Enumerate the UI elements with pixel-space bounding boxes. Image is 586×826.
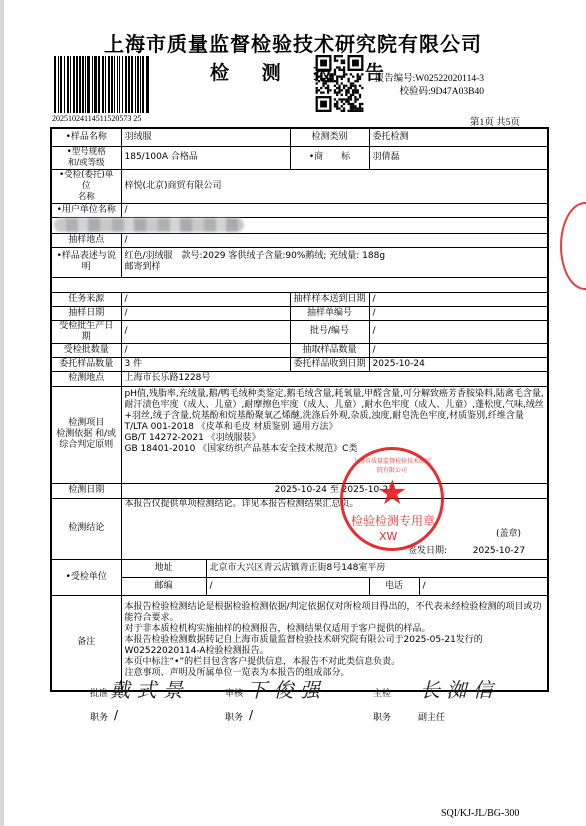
batch: /: [369, 320, 548, 343]
test-items-cell: pH值,残脂率,充绒量,鹅/鸭毛绒种类鉴定,鹅毛绒含量,耗氧量,甲醛含量,可分解…: [121, 386, 548, 483]
address-label: 地址: [121, 559, 206, 577]
main-inspector-label: 主检: [373, 686, 391, 699]
production-date-label: 受检批生产日期: [51, 320, 121, 343]
company-name: 上海市质量监督检验技术研究院有限公司: [0, 28, 586, 57]
review-title: /: [249, 708, 253, 722]
conclusion-cell: 本报告仅提供单项检测结论。详见本报告检测结果汇总页。 (盖章) 签发日期: 20…: [121, 498, 548, 559]
sampling-place: /: [121, 233, 548, 247]
form-code: SQI/KJ-JL/BG-300: [441, 808, 519, 819]
signature-block: 批准 戴 式 景 职务 / 审核 下 俊 强 职务 / 主检 长 洳 信 职务 …: [0, 672, 586, 732]
received-date: 2025-10-24: [369, 357, 548, 371]
report-meta: 报告编号:W02522020114-3 校验码:9D47A03B40: [367, 73, 484, 99]
address: 北京市大兴区青云店镇青正街8号148室平房: [206, 559, 548, 577]
test-date-label: 检测日期: [51, 483, 121, 498]
check-code-label: 校验码:: [400, 87, 431, 97]
batch-qty: /: [121, 343, 290, 357]
client: 梓悦(北京)商贸有限公司: [121, 169, 548, 203]
report-no-label: 报告编号:: [375, 74, 416, 84]
approve-title-label: 职务: [90, 710, 108, 723]
review-title-label: 职务: [225, 710, 243, 723]
test-type-label: 检测类别: [290, 128, 369, 146]
phone: /: [419, 577, 548, 595]
barcode-number: 20251024114511520573 25: [52, 114, 141, 123]
conclusion-text: 本报告仅提供单项检测结论。详见本报告检测结果汇总页。: [125, 499, 545, 510]
test-items-label: 检测项目 检测依据 和/或 综合判定原则: [51, 386, 121, 483]
batch-qty-label: 受检批数量: [51, 343, 121, 357]
user-unit-label: •用户单位名称: [51, 203, 121, 217]
main-title: 副主任: [418, 710, 445, 723]
arrival-date-label: 抽样样本送到日期: [290, 292, 369, 306]
arrival-date: /: [369, 292, 548, 306]
conclusion-label: 检测结论: [51, 498, 121, 559]
test-location-label: 检测地点: [51, 371, 121, 386]
check-code: 9D47A03B40: [431, 87, 484, 97]
main-title-label: 职务: [373, 710, 391, 723]
page-info: 第1页 共5页: [470, 114, 520, 128]
report-no: W02522020114-3: [415, 74, 484, 84]
test-date: 2025-10-24 至 2025-10-27: [121, 483, 548, 498]
description-label: •样品表述与说明: [51, 247, 121, 277]
received-date-label: 委托样品收到日期: [290, 357, 369, 371]
approve-signature: 戴 式 景: [110, 674, 183, 703]
review-signature: 下 俊 强: [247, 674, 320, 703]
sampling-place-label: 抽样地点: [51, 233, 121, 247]
inspected-unit-label: •受检单位: [51, 559, 121, 595]
remark-4: 本页中标注“•”的栏目包含客户提供信息，本报告不对此类信息负责。: [125, 657, 545, 668]
zip-label: 邮编: [121, 577, 206, 595]
sample-name-label: •样品名称: [51, 128, 121, 146]
brand-label: •商 标: [290, 146, 369, 169]
sample-name: 羽绒服: [121, 128, 290, 146]
production-date: /: [121, 320, 290, 343]
client-label: •受检(委托)单位 名称: [51, 169, 121, 203]
taken-qty: /: [369, 343, 548, 357]
seal-mark: (盖章): [496, 529, 521, 540]
redacted-row: [51, 217, 548, 233]
description: 红色/羽绒服 款号:2029 客供绒子含量:90%鹅绒; 充绒量: 188g 邮…: [121, 247, 548, 277]
remark-1: 本报告检验检测结论是根据检验检测依据/判定依据仅对所检项目得出的，不代表未经检验…: [125, 602, 545, 624]
main-inspector-signature: 长 洳 信: [420, 674, 493, 703]
taken-qty-label: 抽取样品数量: [290, 343, 369, 357]
standard-2: GB/T 14272-2021 《羽绒服装》: [125, 433, 545, 444]
task-source-label: 任务来源: [51, 292, 121, 306]
phone-label: 电话: [369, 577, 419, 595]
commission-qty-label: 委托样品数量: [51, 357, 121, 371]
test-items-text: pH值,残脂率,充绒量,鹅/鸭毛绒种类鉴定,鹅毛绒含量,耗氧量,甲醛含量,可分解…: [125, 389, 545, 422]
remark-2: 对于非本质检机构实施抽样的检测报告，检测结果仅适用于客户提供的样品。: [125, 624, 545, 635]
batch-label: 批号/编号: [290, 320, 369, 343]
zip: /: [206, 577, 369, 595]
sampling-date: /: [121, 306, 290, 320]
task-source: /: [121, 292, 290, 306]
side-seal-partial: [560, 202, 586, 290]
report-table: •样品名称 羽绒服 检测类别 委托检测 •型号规格 和/或等级 185/100A…: [50, 127, 549, 692]
qr-code: [315, 55, 364, 112]
standard-3: GB 18401-2010 《国家纺织产品基本安全技术规范》C类: [125, 444, 545, 455]
barcode: [54, 56, 150, 113]
remark-3: 本报告检验检测数据转记自上海市质量监督检验技术研究院有限公司于2025-05-2…: [125, 635, 545, 657]
issue-date: 2025-10-27: [473, 546, 525, 557]
test-type: 委托检测: [369, 128, 548, 146]
user-unit: /: [121, 203, 548, 217]
test-location: 上海市长乐路1228号: [121, 371, 548, 386]
review-label: 审核: [225, 686, 243, 699]
sampling-no-label: 抽样单编号: [290, 306, 369, 320]
commission-qty: 3 件: [121, 357, 290, 371]
standard-1: T/LTA 001-2018 《皮革和毛皮 材质鉴别 通用方法》: [125, 422, 545, 433]
brand: 羽倩磊: [369, 146, 548, 169]
sampling-date-label: 抽样日期: [51, 306, 121, 320]
issue-date-label: 签发日期:: [408, 546, 447, 557]
approve-label: 批准: [90, 686, 108, 699]
sampling-no: /: [369, 306, 548, 320]
spacer-row: [51, 277, 548, 292]
model-label: •型号规格 和/或等级: [51, 146, 121, 169]
approve-title: /: [114, 708, 118, 722]
model: 185/100A 合格品: [121, 146, 290, 169]
redaction-blur: [54, 218, 244, 232]
